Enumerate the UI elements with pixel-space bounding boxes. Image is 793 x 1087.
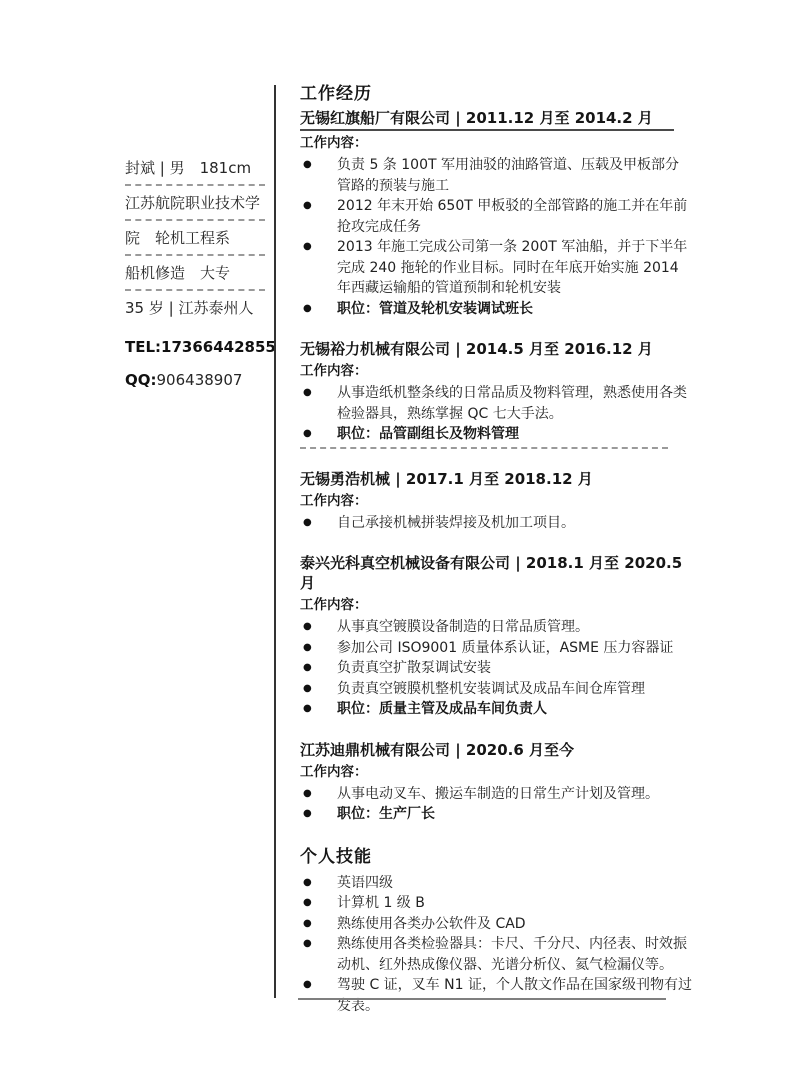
bullet-icon: ● <box>300 299 337 320</box>
age-hometown-line: 35 岁 | 江苏泰州人 <box>125 296 265 324</box>
position-bullet: ● 职位：生产厂长 <box>300 804 692 825</box>
work-experience-heading: 工作经历 <box>300 82 692 106</box>
skill-item: ● 熟练使用各类办公软件及 CAD <box>300 914 692 935</box>
position-text: 职位：管道及轮机安装调试班长 <box>337 299 692 320</box>
skill-text: 计算机 1 级 B <box>337 893 692 914</box>
bullet-icon: ● <box>300 424 337 445</box>
work-content-label: 工作内容： <box>300 492 692 510</box>
vertical-divider <box>274 85 276 998</box>
name-gender-height-line: 封斌 | 男 181cm <box>125 156 265 186</box>
bullet-icon: ● <box>300 784 337 805</box>
bullet-icon: ● <box>300 804 337 825</box>
bullet-icon: ● <box>300 513 337 534</box>
personal-info-sidebar: 封斌 | 男 181cm 江苏航院职业技术学 院 轮机工程系 船机修造 大专 3… <box>125 156 265 390</box>
school-line-2: 院 轮机工程系 <box>125 226 265 256</box>
position-bullet: ● 职位：管道及轮机安装调试班长 <box>300 299 692 320</box>
bullet-item: ● 负责 5 条 100T 军用油驳的油路管道、压载及甲板部分管路的预装与施工 <box>300 155 692 196</box>
qq-label: QQ: <box>125 371 157 389</box>
bullet-icon: ● <box>300 873 337 894</box>
skill-text: 熟练使用各类办公软件及 CAD <box>337 914 692 935</box>
bullet-icon: ● <box>300 383 337 404</box>
bullet-text: 从事真空镀膜设备制造的日常品质管理。 <box>337 617 692 638</box>
bullet-icon: ● <box>300 638 337 659</box>
bullet-text: 负责真空扩散泵调试安装 <box>337 658 692 679</box>
bullet-text: 从事造纸机整条线的日常品质及物料管理，熟悉使用各类检验器具，熟练掌握 QC 七大… <box>337 383 692 424</box>
bullet-item: ● 从事真空镀膜设备制造的日常品质管理。 <box>300 617 692 638</box>
bullet-item: ● 2013 年施工完成公司第一条 200T 军油船，并于下半年完成 240 拖… <box>300 237 692 299</box>
work-content-label: 工作内容： <box>300 596 692 614</box>
skill-item: ● 驾驶 C 证，叉车 N1 证，个人散文作品在国家级刊物有过发表。 <box>300 975 692 1016</box>
bullet-text: 负责真空镀膜机整机安装调试及成品车间仓库管理 <box>337 679 692 700</box>
bullet-icon: ● <box>300 934 337 955</box>
skills-heading: 个人技能 <box>300 845 692 869</box>
bullet-icon: ● <box>300 975 337 996</box>
section-dashed-divider <box>300 447 668 449</box>
bullet-item: ● 从事造纸机整条线的日常品质及物料管理，熟悉使用各类检验器具，熟练掌握 QC … <box>300 383 692 424</box>
job-section: 泰兴光科真空机械设备有限公司 | 2018.1 月至 2020.5 月 工作内容… <box>300 553 692 720</box>
company-title: 无锡勇浩机械 | 2017.1 月至 2018.12 月 <box>300 469 692 489</box>
bullet-icon: ● <box>300 617 337 638</box>
bullet-text: 自己承接机械拼装焊接及机加工项目。 <box>337 513 692 534</box>
skill-item: ● 计算机 1 级 B <box>300 893 692 914</box>
bullet-icon: ● <box>300 679 337 700</box>
skill-text: 驾驶 C 证，叉车 N1 证，个人散文作品在国家级刊物有过发表。 <box>337 975 692 1016</box>
bullet-icon: ● <box>300 893 337 914</box>
job-section: 无锡红旗船厂有限公司 | 2011.12 月至 2014.2 月 工作内容： ●… <box>300 108 692 319</box>
bullet-text: 参加公司 ISO9001 质量体系认证，ASME 压力容器证 <box>337 638 692 659</box>
company-title: 江苏迪鼎机械有限公司 | 2020.6 月至今 <box>300 740 692 760</box>
company-title: 无锡红旗船厂有限公司 | 2011.12 月至 2014.2 月 <box>300 108 674 131</box>
position-bullet: ● 职位：品管副组长及物料管理 <box>300 424 692 445</box>
job-section: 江苏迪鼎机械有限公司 | 2020.6 月至今 工作内容： ● 从事电动叉车、搬… <box>300 740 692 825</box>
page-bottom-rule <box>298 998 666 1000</box>
school-line-1: 江苏航院职业技术学 <box>125 191 265 221</box>
work-content-label: 工作内容： <box>300 134 692 152</box>
bullet-item: ● 参加公司 ISO9001 质量体系认证，ASME 压力容器证 <box>300 638 692 659</box>
tel-line: TEL:17366442855 <box>125 337 265 357</box>
position-text: 职位：生产厂长 <box>337 804 692 825</box>
bullet-item: ● 负责真空扩散泵调试安装 <box>300 658 692 679</box>
bullet-item: ● 负责真空镀膜机整机安装调试及成品车间仓库管理 <box>300 679 692 700</box>
bullet-item: ● 2012 年末开始 650T 甲板驳的全部管路的施工并在年前抢攻完成任务 <box>300 196 692 237</box>
qq-line: QQ:906438907 <box>125 370 265 390</box>
bullet-icon: ● <box>300 196 337 217</box>
bullet-icon: ● <box>300 914 337 935</box>
bullet-item: ● 自己承接机械拼装焊接及机加工项目。 <box>300 513 692 534</box>
skill-item: ● 熟练使用各类检验器具：卡尺、千分尺、内径表、时效振动机、红外热成像仪器、光谱… <box>300 934 692 975</box>
resume-page: 封斌 | 男 181cm 江苏航院职业技术学 院 轮机工程系 船机修造 大专 3… <box>0 0 793 1087</box>
skill-text: 熟练使用各类检验器具：卡尺、千分尺、内径表、时效振动机、红外热成像仪器、光谱分析… <box>337 934 692 975</box>
skill-item: ● 英语四级 <box>300 873 692 894</box>
bullet-icon: ● <box>300 237 337 258</box>
position-text: 职位：质量主管及成品车间负责人 <box>337 699 692 720</box>
job-section: 无锡勇浩机械 | 2017.1 月至 2018.12 月 工作内容： ● 自己承… <box>300 469 692 534</box>
bullet-text: 2012 年末开始 650T 甲板驳的全部管路的施工并在年前抢攻完成任务 <box>337 196 692 237</box>
bullet-icon: ● <box>300 699 337 720</box>
bullet-text: 从事电动叉车、搬运车制造的日常生产计划及管理。 <box>337 784 692 805</box>
skills-section: 个人技能 ● 英语四级 ● 计算机 1 级 B ● 熟练使用各类办公软件及 CA… <box>300 845 692 1017</box>
bullet-icon: ● <box>300 658 337 679</box>
bullet-item: ● 从事电动叉车、搬运车制造的日常生产计划及管理。 <box>300 784 692 805</box>
skill-text: 英语四级 <box>337 873 692 894</box>
bullet-icon: ● <box>300 155 337 176</box>
qq-value: 906438907 <box>157 371 243 389</box>
main-column: 工作经历 无锡红旗船厂有限公司 | 2011.12 月至 2014.2 月 工作… <box>300 82 692 1016</box>
position-bullet: ● 职位：质量主管及成品车间负责人 <box>300 699 692 720</box>
job-section: 无锡裕力机械有限公司 | 2014.5 月至 2016.12 月 工作内容： ●… <box>300 339 692 449</box>
company-title: 无锡裕力机械有限公司 | 2014.5 月至 2016.12 月 <box>300 339 692 359</box>
position-text: 职位：品管副组长及物料管理 <box>337 424 692 445</box>
work-content-label: 工作内容： <box>300 362 692 380</box>
major-degree-line: 船机修造 大专 <box>125 261 265 291</box>
bullet-text: 负责 5 条 100T 军用油驳的油路管道、压载及甲板部分管路的预装与施工 <box>337 155 692 196</box>
bullet-text: 2013 年施工完成公司第一条 200T 军油船，并于下半年完成 240 拖轮的… <box>337 237 692 299</box>
work-content-label: 工作内容： <box>300 763 692 781</box>
company-title: 泰兴光科真空机械设备有限公司 | 2018.1 月至 2020.5 月 <box>300 553 692 593</box>
